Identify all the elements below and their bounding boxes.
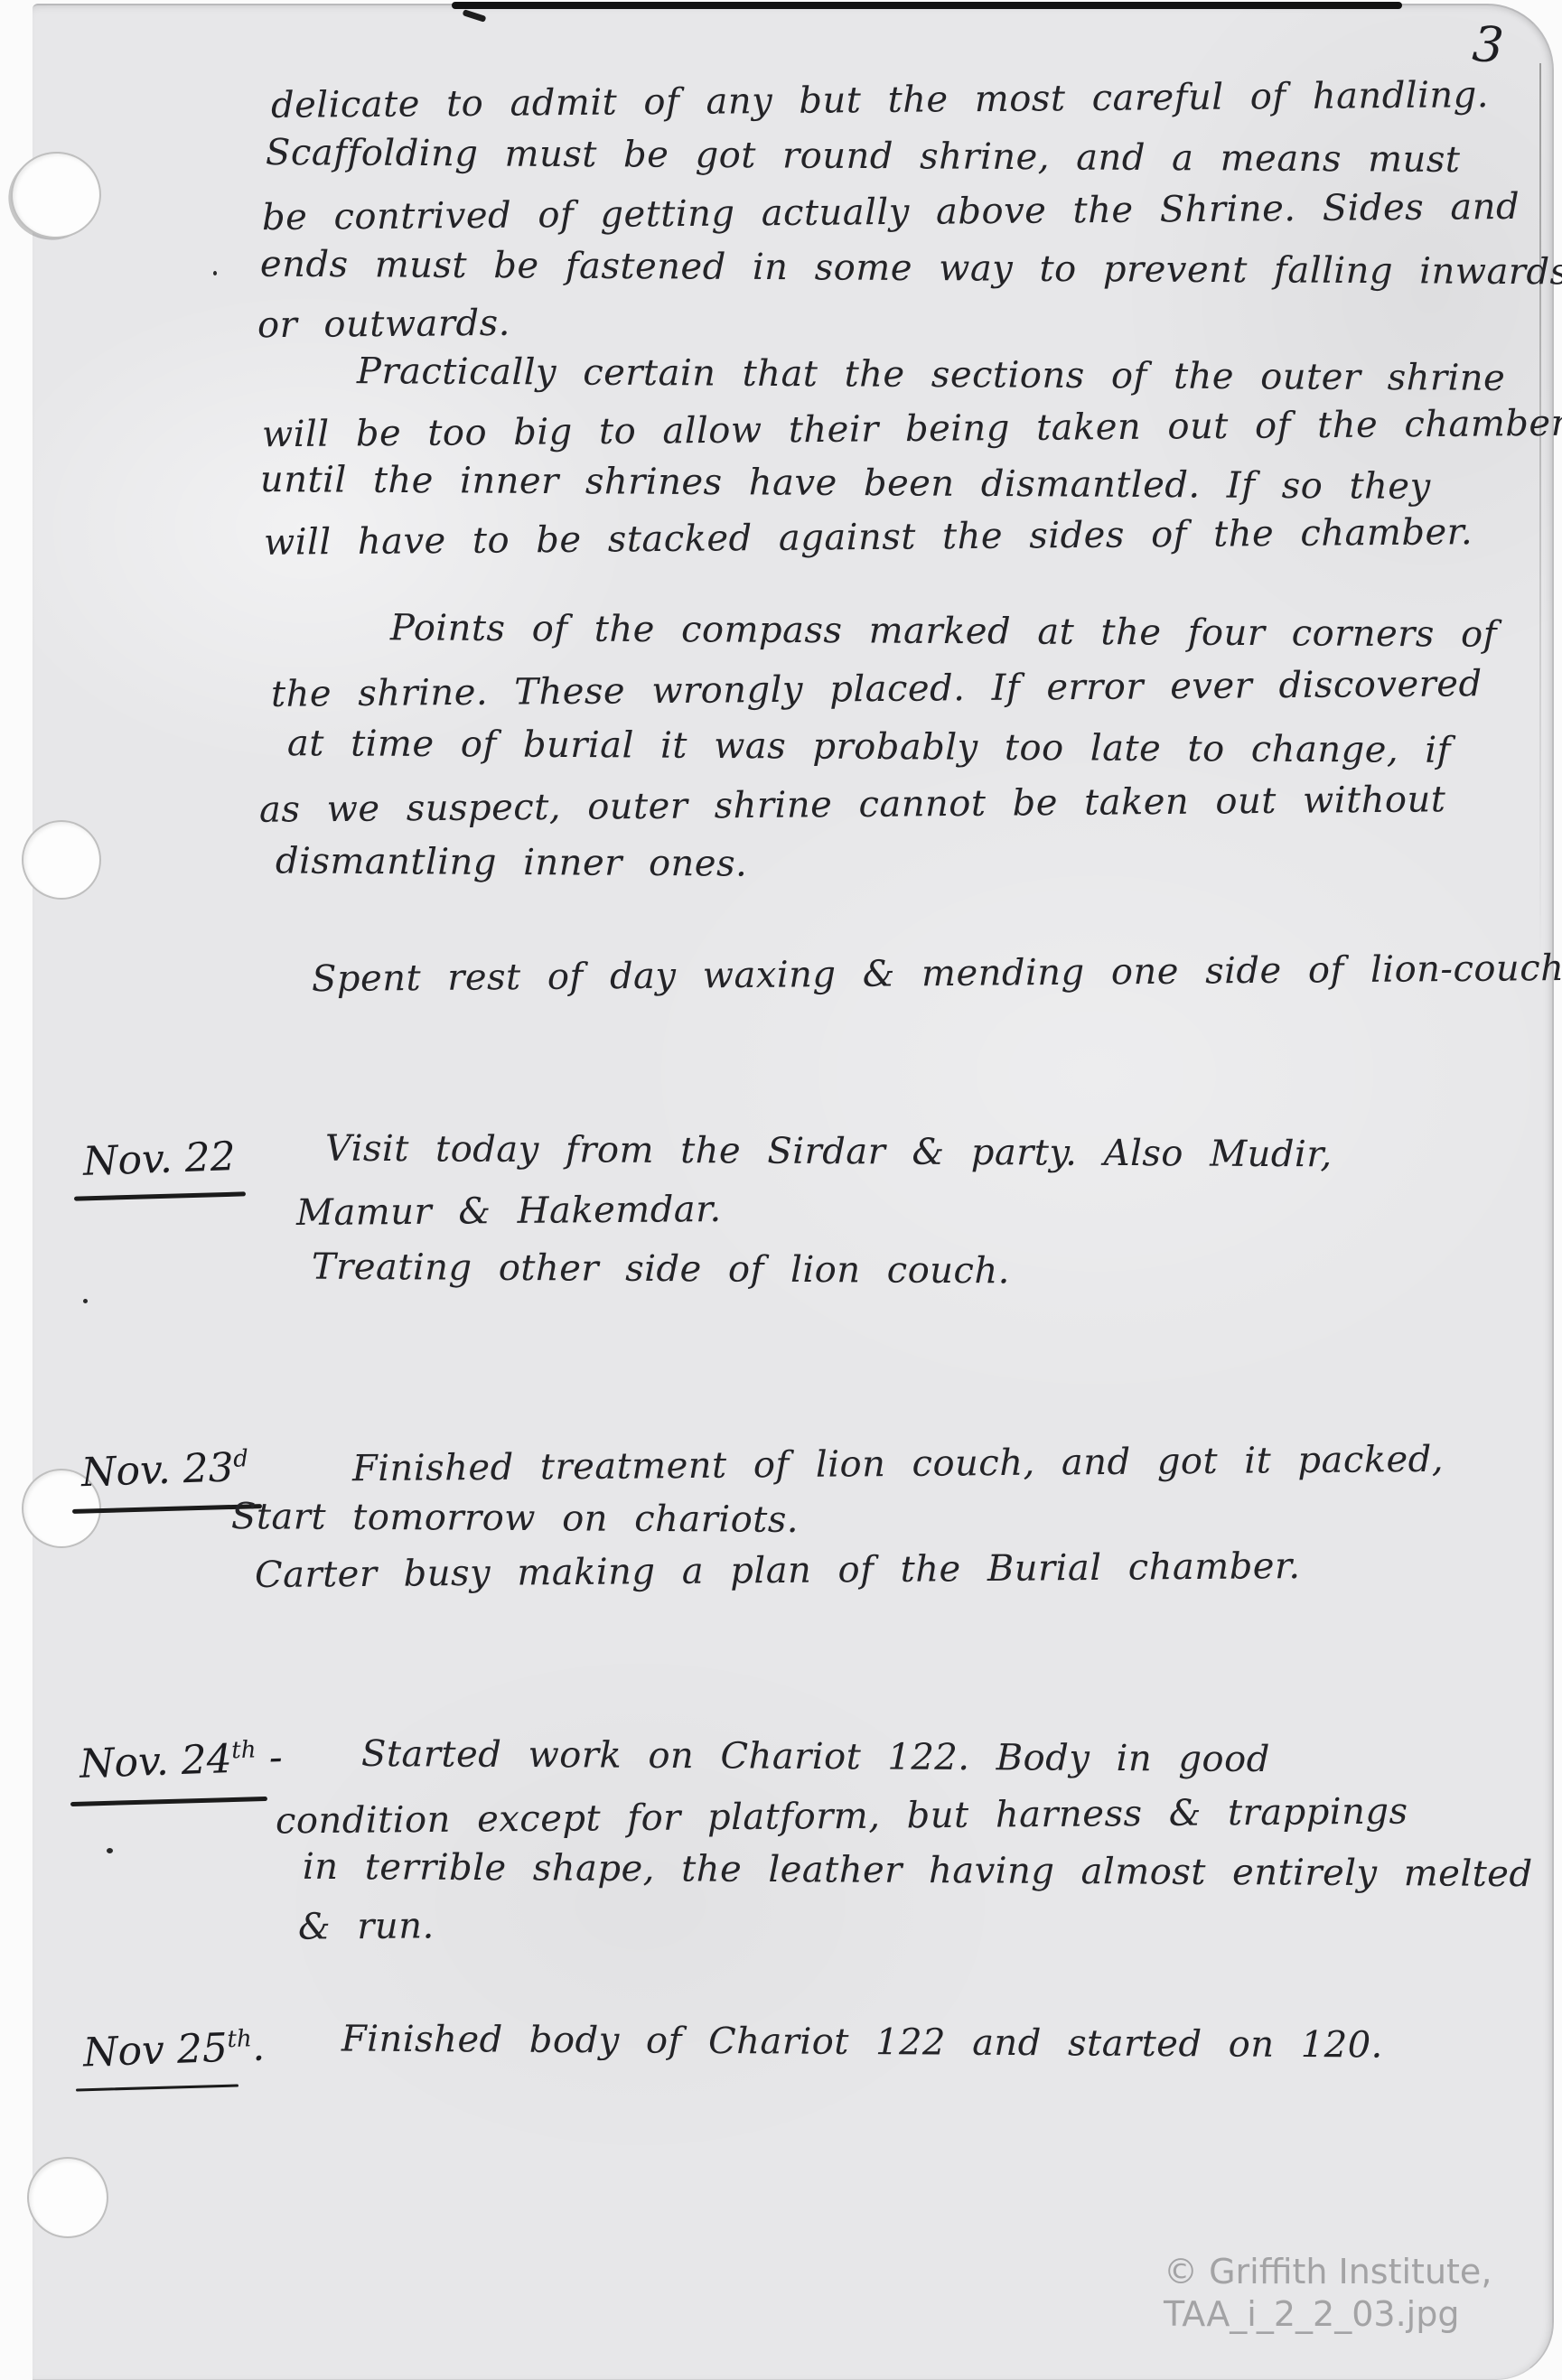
ink-speck [107,1848,113,1853]
handwriting-line: Scaffolding must be got round shrine, an… [266,132,1461,181]
ink-speck [83,1299,88,1303]
handwriting-line: in terrible shape, the leather having al… [303,1846,1533,1895]
handwriting-line: until the inner shrines have been disman… [260,459,1431,508]
handwriting-line: at time of burial it was probably too la… [287,723,1451,771]
handwriting-line: Mamur & Hakemdar. [296,1189,722,1234]
handwriting-line: Finished body of Chariot 122 and started… [341,2018,1383,2066]
scan-edge-bar [452,2,1402,9]
entry-date-sup: d [233,1445,249,1473]
handwriting-line: & run. [298,1905,435,1947]
entry-date-tail: . [251,2024,266,2070]
handwriting-line: Treating other side of lion couch. [312,1246,1010,1293]
watermark: © Griffith Institute, TAA_i_2_2_03.jpg [1164,2251,1492,2336]
entry-date-sup: th [231,1736,257,1764]
entry-date-tail: - [256,1734,284,1781]
entry-date: Nov 25th. [82,2024,266,2077]
entry-date-text: Nov. 22 [82,1134,236,1185]
handwriting-line: Started work on Chariot 122. Body in goo… [361,1733,1270,1780]
page-number: 3 [1471,15,1506,74]
handwriting-line: ends must be fastened in some way to pre… [260,244,1562,294]
watermark-line: © Griffith Institute, [1164,2251,1492,2293]
page-right-edge-shadow [1539,63,1541,966]
handwriting-line: Practically certain that the sections of… [357,350,1506,399]
entry-date-text: Nov. 23 [80,1444,234,1496]
entry-date: Nov. 23d [80,1444,249,1496]
scanned-diary-page: { "page": { "number": "3", "watermark_li… [0,0,1562,2380]
handwriting-line: or outwards. [257,303,510,346]
ink-speck [213,271,217,275]
handwriting-line: Start tomorrow on chariots. [231,1496,799,1541]
entry-date: Nov. 22 [82,1134,236,1185]
punch-hole [27,2157,108,2238]
entry-date: Nov. 24th - [79,1734,283,1787]
entry-date-sup: th [227,2025,252,2053]
handwriting-line: dismantling inner ones. [276,840,748,884]
entry-date-text: Nov. 24 [79,1736,232,1787]
entry-date-text: Nov 25 [82,2025,229,2077]
handwriting-line: Visit today from the Sirdar & party. Als… [325,1128,1333,1176]
watermark-line: TAA_i_2_2_03.jpg [1164,2293,1492,2336]
punch-hole [22,820,101,900]
handwriting-line: Points of the compass marked at the four… [390,607,1497,655]
